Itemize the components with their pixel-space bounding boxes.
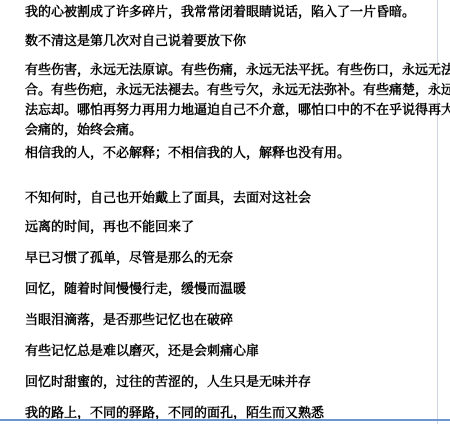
- text-line: 合。有些伤疤，永远无法褪去。有些亏欠，永远无法弥补。有些痛楚，永远无: [25, 82, 450, 97]
- text-line: 回忆，随着时间慢慢行走，缓慢而温暖: [25, 281, 246, 296]
- text-line: 远离的时间，再也不能回来了: [25, 219, 194, 234]
- text-line: 不知何时，自己也开始戴上了面具，去面对这社会: [25, 190, 311, 205]
- text-content: 我的心被割成了许多碎片，我常常闭着眼睛说话，陷入了一片昏暗。 数不清这是第几次对…: [0, 0, 450, 424]
- document-page: 我的心被割成了许多碎片，我常常闭着眼睛说话，陷入了一片昏暗。 数不清这是第几次对…: [0, 0, 450, 424]
- bottom-border-line: [0, 419, 450, 421]
- text-line: 有些伤害，永远无法原谅。有些伤痛，永远无法平抚。有些伤口，永远无法愈: [25, 62, 450, 77]
- text-line: 会痛的，始终会痛。: [25, 122, 142, 137]
- text-line: 数不清这是第几次对自己说着要放下你: [25, 33, 246, 48]
- text-line: 我的路上，不同的驿路，不同的面孔，陌生而又熟悉: [25, 405, 324, 420]
- text-line: 法忘却。哪怕再努力再用力地逼迫自己不介意，哪怕口中的不在乎说得再大声: [25, 102, 450, 117]
- text-line: 有些记忆总是难以磨灭，还是会刺痛心扉: [25, 343, 259, 358]
- text-line: 回忆时甜蜜的，过往的苦涩的，人生只是无味并存: [25, 374, 311, 389]
- text-line: 当眼泪滴落，是否那些记忆也在破碎: [25, 312, 233, 327]
- text-line: 早已习惯了孤单，尽管是那么的无奈: [25, 250, 233, 265]
- text-line: 我的心被割成了许多碎片，我常常闭着眼睛说话，陷入了一片昏暗。: [25, 4, 415, 19]
- text-line: 相信我的人，不必解释；不相信我的人，解释也没有用。: [25, 145, 350, 160]
